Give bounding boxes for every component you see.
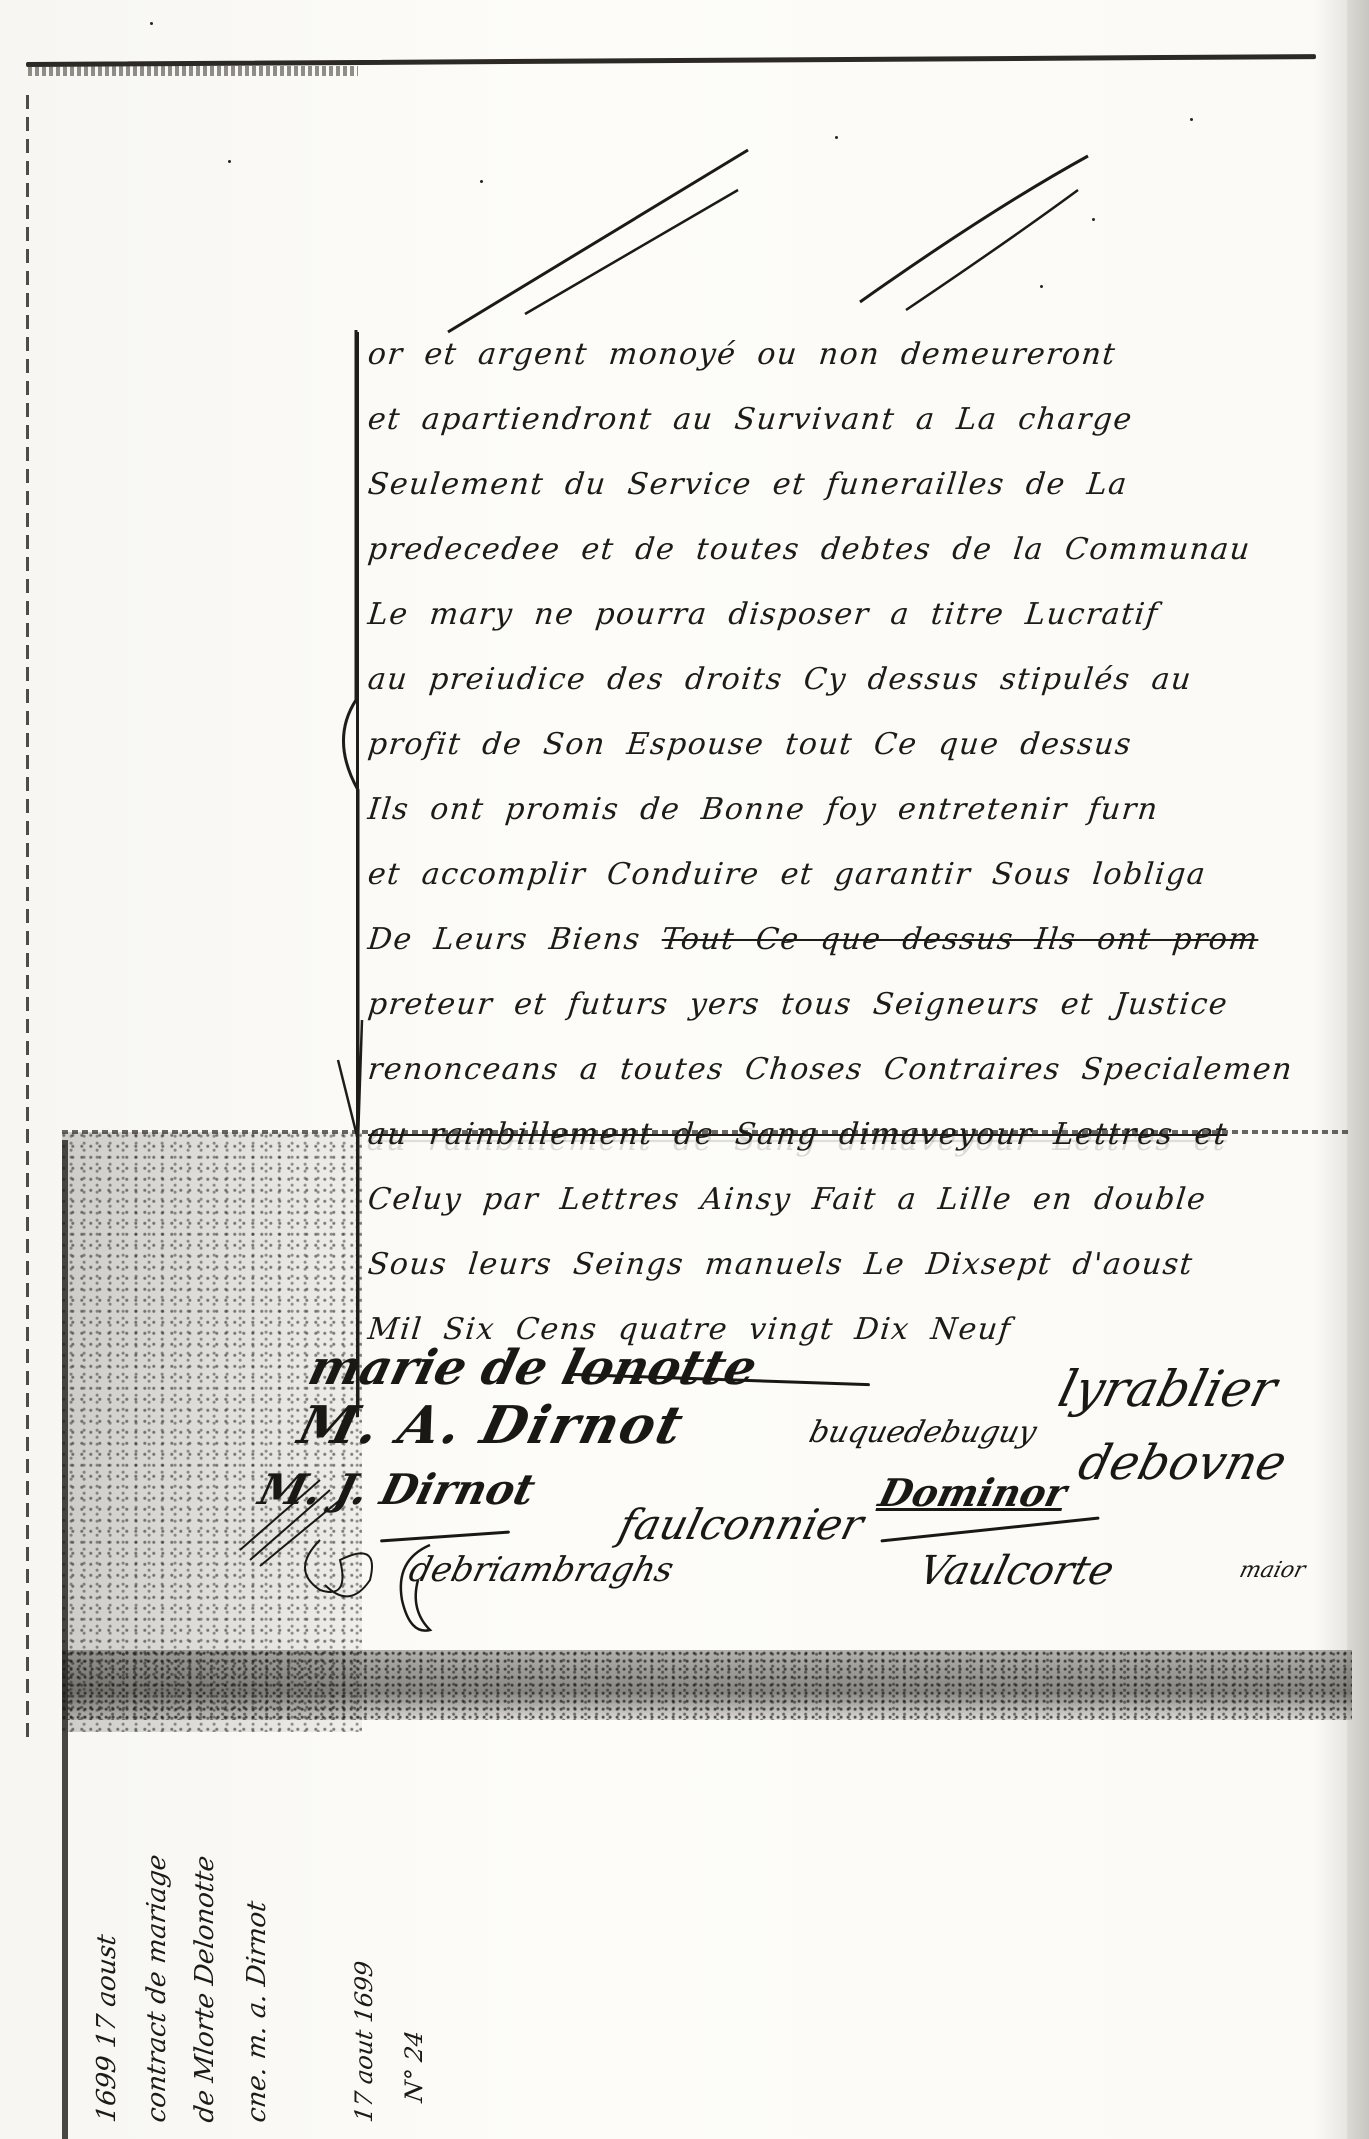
text-line: et apartiendront au Survivant a La charg… — [365, 387, 1332, 452]
signature: marie de lonotte — [303, 1340, 762, 1396]
signature-block: marie de lonotte M. A. Dirnot buquedebug… — [240, 1320, 1360, 1640]
margin-annotations: 1699 17 aoust contract de mariage de Mlo… — [70, 1700, 410, 2130]
signature: Dominor — [874, 1470, 1071, 1515]
signature-paraph — [390, 1540, 450, 1640]
contract-body-text: or et argent monoyé ou non demeureront e… — [368, 322, 1328, 1362]
text-line: or et argent monoyé ou non demeureront — [365, 322, 1332, 387]
signature-flourish-line — [880, 1517, 1099, 1543]
ink-speck — [480, 180, 483, 183]
decorative-slash-strokes — [0, 0, 1369, 340]
signature-title: maior — [1237, 1558, 1308, 1583]
margin-note: 1699 17 aoust — [92, 1933, 122, 2125]
text-line: preteur et futurs yers tous Seigneurs et… — [365, 972, 1332, 1037]
ink-speck — [1040, 285, 1043, 288]
ink-speck — [1190, 118, 1193, 121]
text-line: Le mary ne pourra disposer a titre Lucra… — [365, 582, 1332, 647]
signature: debovne — [1073, 1435, 1292, 1491]
text-line: Seulement du Service et funerailles de L… — [365, 452, 1332, 517]
text-line: et accomplir Conduire et garantir Sous l… — [365, 842, 1332, 907]
text-line-struck: au rainbillement de Sang dimaveyour Lett… — [365, 1102, 1332, 1167]
text-line: Sous leurs Seings manuels Le Dixsept d'a… — [365, 1232, 1332, 1297]
signature: lyrablier — [1053, 1360, 1283, 1418]
text-line: profit de Son Espouse tout Ce que dessus — [365, 712, 1332, 777]
ink-speck — [150, 22, 153, 25]
text-segment: De Leurs Biens — [366, 922, 663, 957]
margin-note: contract de mariage — [142, 1853, 172, 2125]
text-line: au preiudice des droits Cy dessus stipul… — [365, 647, 1332, 712]
struck-text: au rainbillement de Sang dimaveyour Lett… — [366, 1117, 1229, 1152]
signature: Vaulcorte — [914, 1548, 1118, 1594]
struck-text: Tout Ce que dessus Ils ont prom — [660, 922, 1260, 957]
margin-note-date: 17 aout 1699 — [350, 1959, 378, 2124]
ink-speck — [228, 160, 231, 163]
text-line: Celuy par Lettres Ainsy Fait a Lille en … — [365, 1167, 1332, 1232]
text-line: predecedee et de toutes debtes de la Com… — [365, 517, 1332, 582]
ink-speck — [835, 136, 838, 139]
page-left-edge — [26, 95, 29, 1745]
text-line: renonceans a toutes Choses Contraires Sp… — [365, 1037, 1332, 1102]
signature: M. A. Dirnot — [292, 1395, 690, 1456]
margin-note-number: N° 24 — [400, 2029, 428, 2104]
text-line-with-strikethrough: De Leurs Biens Tout Ce que dessus Ils on… — [365, 907, 1332, 972]
text-line: Ils ont promis de Bonne foy entretenir f… — [365, 777, 1332, 842]
ink-speck — [1092, 218, 1095, 221]
margin-note: de Mlorte Delonotte — [190, 1854, 220, 2125]
signature: buquedebuguy — [806, 1415, 1040, 1450]
margin-note: cne. m. a. Dirnot — [242, 1899, 272, 2124]
signature: faulconnier — [614, 1500, 869, 1549]
scanned-page: or et argent monoyé ou non demeureront e… — [0, 0, 1369, 2139]
